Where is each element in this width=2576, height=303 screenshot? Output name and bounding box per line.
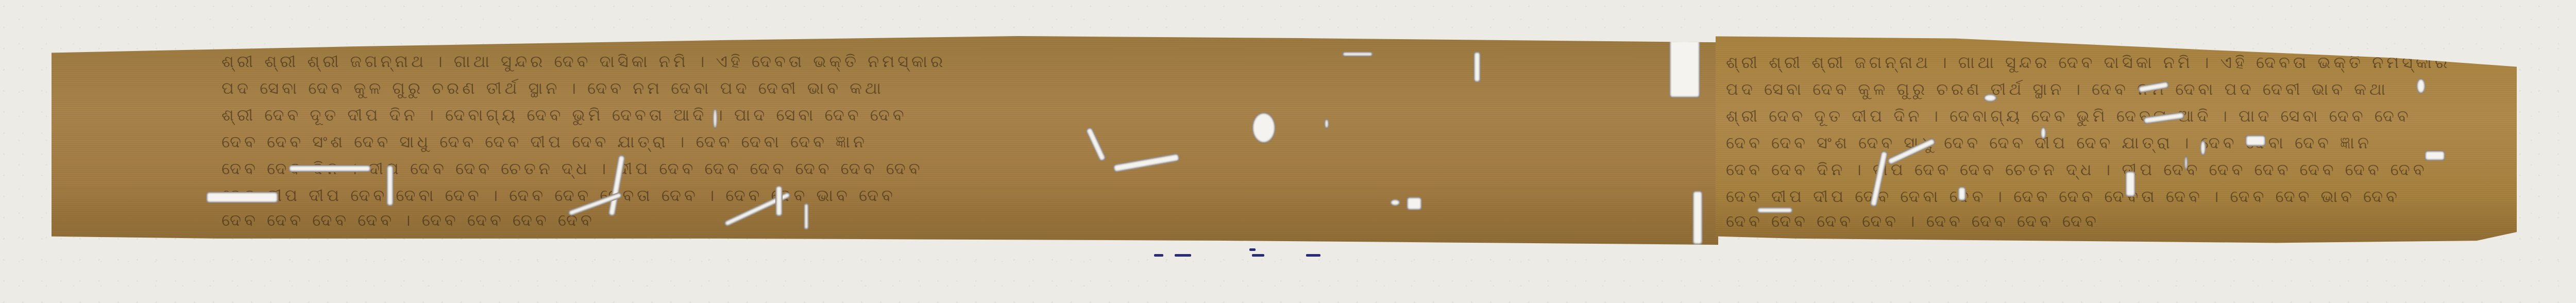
insect-damage (1473, 52, 1481, 82)
insect-hole (1984, 94, 1997, 102)
script-line: ଦେବ ଦେବ ଦିନ । ଦୀପ ଦେବ ଦେବ ଚେତନ ଦ୍ଧ । ଦୀପ… (222, 159, 1718, 179)
insect-damage (2425, 150, 2445, 161)
insect-hole (2200, 140, 2206, 156)
ruler-tick (1252, 254, 1264, 257)
palm-leaf-fragment-left: ଶ୍ରୀ ଶ୍ରୀ ଶ୍ରୀ ଜଗନ୍ନାଥ । ଗାଥା ସୁନ୍ଦର ଦେବ… (52, 36, 1718, 245)
insect-damage (1757, 207, 1793, 213)
script-line: ଶ୍ରୀ ଦେବ ଦୂତ ଦୀପ ଦିନ । ଦେବାଗ୍ୟ ଦେବ ଭୁମି … (222, 105, 1718, 126)
script-line: ଦେବ ଦେବ ସଂଶ ଦେବ ସାଧୁ ଦେବ ଦେବ ଦୀପ ଦେବ ଯାତ… (1726, 133, 2517, 154)
insect-hole (2040, 127, 2046, 139)
insect-damage (2125, 171, 2136, 197)
script-line: ଦେବ ଦେବ ଦେବ ଦେବ । ଦେବ ଦେବ ଦେବ ଦେବ (222, 210, 1718, 231)
insect-damage (1342, 52, 1373, 57)
script-line: ପଦ ସେବା ଦେବ କୁଳ ଗୁରୁ ଚରଣ ତୀର୍ଥ ସ୍ଥାନ । ଦ… (1726, 79, 2517, 100)
ruler-tick (1154, 254, 1163, 257)
ruler-tick (1175, 254, 1191, 257)
script-line: ଦେବ ଦୀପ ଦୀପ ଦେବ ଦେବା ଦେବ । ଦେବ ଦେବ ଦେବତା… (1726, 187, 2517, 207)
script-line: ଦେବ ଦେବ ଦେବ ଦେବ । ଦେବ ଦେବ ଦେବ ଦେବ (1726, 211, 2293, 232)
palm-leaf-fragment-right: ଶ୍ରୀ ଶ୍ରୀ ଶ୍ରୀ ଜଗନ୍ନାଥ । ଗାଥା ସୁନ୍ଦର ଦେବ… (1716, 32, 2517, 249)
insect-hole (2416, 78, 2426, 94)
insect-damage (289, 165, 371, 172)
script-line: ଦେବ ଦୀପ ଦୀପ ଦେବ ଦେବା ଦେବ । ଦେବ ଦେବ ଦେବତା… (222, 186, 1718, 206)
manuscript-photo: { "document": { "type": "palm-leaf manus… (0, 0, 2576, 303)
broken-edge (1669, 36, 1700, 98)
insect-damage (386, 165, 394, 206)
script-line: ଦେବ ଦେବ ସଂଶ ଦେବ ସାଧୁ ଦେବ ଦେବ ଦୀପ ଦେବ ଯାତ… (222, 132, 1718, 153)
script-line: ଦେବ ଦେବ ଦିନ । ଦୀପ ଦେବ ଦେବ ଚେତନ ଦ୍ଧ । ଦୀପ… (1726, 160, 2517, 180)
insect-damage (2245, 135, 2266, 146)
insect-hole (1324, 119, 1329, 129)
broken-edge (1692, 191, 1703, 245)
script-line: ପଦ ସେବା ଦେବ କୁଳ ଗୁରୁ ଚରଣ ତୀର୍ଥ ସ୍ଥାନ । ଦ… (222, 78, 1718, 99)
ruler-tick (1306, 254, 1320, 257)
insect-damage (1406, 197, 1422, 210)
insect-hole (1252, 112, 1276, 143)
insect-hole (1390, 199, 1400, 206)
ruler-tick (1249, 248, 1256, 251)
insect-hole (2184, 156, 2188, 170)
insect-damage (1958, 187, 1966, 201)
insect-damage (775, 186, 783, 216)
script-line: ଶ୍ରୀ ଦେବ ଦୂତ ଦୀପ ଦିନ । ଦେବାଗ୍ୟ ଦେବ ଭୁମି … (1726, 106, 2517, 127)
insect-damage (206, 192, 278, 203)
insect-damage (804, 203, 809, 230)
script-line: ଶ୍ରୀ ଶ୍ରୀ ଶ୍ରୀ ଜଗନ୍ନାଥ । ଗାଥା ସୁନ୍ଦର ଦେବ… (222, 52, 1718, 72)
insect-hole (713, 108, 718, 129)
